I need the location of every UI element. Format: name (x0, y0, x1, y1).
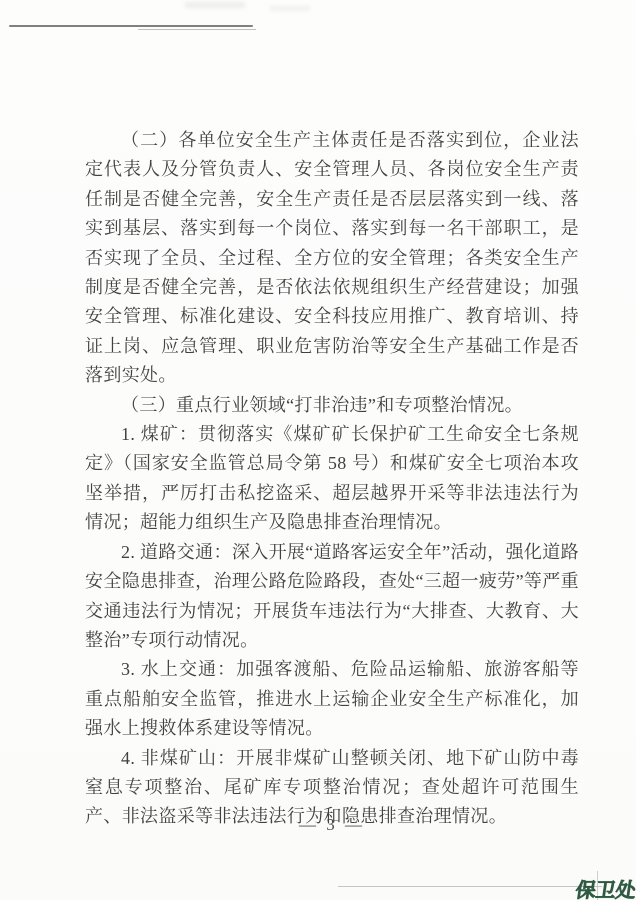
paragraph-section-2: （二）各单位安全生产主体责任是否落实到位，企业法定代表人及分管负责人、安全管理人… (85, 126, 579, 391)
department-stamp: 保卫处 (574, 874, 636, 900)
scanned-document-page: （二）各单位安全生产主体责任是否落实到位，企业法定代表人及分管负责人、安全管理人… (0, 0, 636, 900)
paragraph-item-2-road-traffic: 2. 道路交通：深入开展“道路客运安全年”活动，强化道路安全隐患排查，治理公路危… (85, 538, 579, 656)
document-body: （二）各单位安全生产主体责任是否落实到位，企业法定代表人及分管负责人、安全管理人… (85, 126, 579, 832)
paragraph-item-1-coal-mines: 1. 煤矿：贯彻落实《煤矿矿长保护矿工生命安全七条规定》（国家安全监管总局令第 … (85, 420, 579, 538)
scan-smudge (270, 6, 310, 11)
scan-artifact-line (9, 25, 253, 27)
scan-artifact-line (338, 886, 602, 887)
scan-artifact-line (138, 29, 256, 30)
paragraph-item-3-water-traffic: 3. 水上交通：加强客渡船、危险品运输船、旅游客船等重点船舶安全监管，推进水上运… (85, 655, 579, 743)
scan-smudge (185, 2, 245, 8)
page-number: — 3 — (85, 815, 579, 835)
paragraph-section-3-heading: （三）重点行业领域“打非治违”和专项整治情况。 (85, 391, 579, 420)
